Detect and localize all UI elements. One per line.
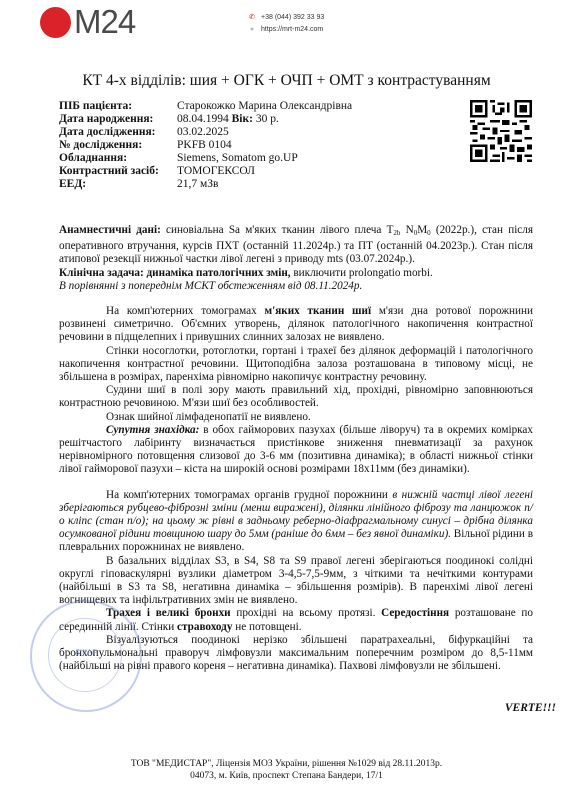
phone-icon: ✆	[248, 13, 256, 21]
equipment: Siemens, Somatom go.UP	[177, 152, 298, 165]
footer-address: 04073, м. Київ, проспект Степана Бандери…	[0, 770, 573, 782]
info-row-equipment: Обладнання: Siemens, Somatom go.UP	[59, 152, 352, 165]
clinical-task-label: Клінічна задача: динаміка патологічних з…	[59, 267, 291, 279]
age-value: 30 р.	[256, 113, 279, 125]
incidental-finding: Супутня знахідка: в обох гайморових пазу…	[59, 424, 533, 477]
chest-paragraph-1: На комп'ютерних томограмах органів грудн…	[59, 489, 533, 555]
info-label: Контрастний засіб:	[59, 165, 177, 178]
chest-paragraph-2: В базальних відділах S3, в S4, S8 та S9 …	[59, 555, 533, 608]
m24-logo: M24	[40, 6, 135, 38]
info-row-study-number: № дослідження: PKFB 0104	[59, 139, 352, 152]
patient-name: Старокожко Марина Олександрівна	[177, 100, 352, 113]
info-label: ПІБ пацієнта:	[59, 100, 177, 113]
effective-dose: 21,7 мЗв	[177, 178, 218, 191]
website-row: ● https://mrt-m24.com	[248, 23, 324, 35]
logo-text: M24	[74, 6, 135, 38]
neck-paragraph-4: Ознак шийної лімфаденопатії не виявлено.	[59, 411, 533, 424]
footer-license: ТОВ "МЕДИСТАР", Ліцензія МОЗ України, рі…	[0, 758, 573, 770]
report-title: КТ 4-х відділів: шия + ОГК + ОЧП + ОМТ з…	[0, 72, 573, 90]
anamnesis: Анамнестичні дані: синовіальна Sa м'яких…	[59, 224, 533, 267]
qr-code-icon[interactable]	[470, 100, 532, 162]
neck-paragraph-3: Судини шиї в полі зору мають правильний …	[59, 384, 533, 410]
phone-number[interactable]: +38 (044) 392 33 93	[261, 14, 324, 21]
logo-dot-icon	[40, 7, 71, 38]
website-link[interactable]: https://mrt-m24.com	[261, 26, 323, 33]
info-label: ЕЕД:	[59, 178, 177, 191]
stamp-text: ЛІКАР	[32, 648, 140, 657]
report-body: Анамнестичні дані: синовіальна Sa м'яких…	[59, 224, 533, 674]
neck-paragraph-1: На комп'ютерних томограмах м'яких тканин…	[59, 305, 533, 345]
info-row-birthdate: Дата народження: 08.04.1994 Вік: 30 р.	[59, 113, 352, 126]
info-row-study-date: Дата дослідження: 03.02.2025	[59, 126, 352, 139]
info-label: № дослідження:	[59, 139, 177, 152]
study-number: PKFB 0104	[177, 139, 232, 152]
neck-paragraph-2: Стінки носоглотки, ротоглотки, гортані і…	[59, 345, 533, 385]
clinical-task: Клінічна задача: динаміка патологічних з…	[59, 267, 533, 280]
contrast-agent: ТОМОГЕКСОЛ	[177, 165, 255, 178]
globe-icon: ●	[248, 26, 256, 33]
age-label: Вік:	[232, 113, 253, 125]
anamnesis-label: Анамнестичні дані:	[59, 224, 161, 236]
info-label: Дата дослідження:	[59, 126, 177, 139]
study-date: 03.02.2025	[177, 126, 229, 139]
verte-note: VERTE!!!	[505, 702, 556, 714]
patient-info: ПІБ пацієнта: Старокожко Марина Олександ…	[59, 100, 352, 191]
comparison-note: В порівнянні з попереднім МСКТ обстеженн…	[59, 280, 533, 293]
phone-row: ✆ +38 (044) 392 33 93	[248, 11, 324, 23]
birth-date: 08.04.1994 Вік: 30 р.	[177, 113, 279, 126]
stamp-icon: ЛІКАР	[30, 600, 142, 712]
info-row-dose: ЕЕД: 21,7 мЗв	[59, 178, 352, 191]
contacts: ✆ +38 (044) 392 33 93 ● https://mrt-m24.…	[248, 11, 324, 35]
info-row-name: ПІБ пацієнта: Старокожко Марина Олександ…	[59, 100, 352, 113]
info-label: Дата народження:	[59, 113, 177, 126]
info-label: Обладнання:	[59, 152, 177, 165]
page-footer: ТОВ "МЕДИСТАР", Ліцензія МОЗ України, рі…	[0, 758, 573, 782]
info-row-contrast: Контрастний засіб: ТОМОГЕКСОЛ	[59, 165, 352, 178]
page-header: M24 ✆ +38 (044) 392 33 93 ● https://mrt-…	[0, 0, 573, 50]
